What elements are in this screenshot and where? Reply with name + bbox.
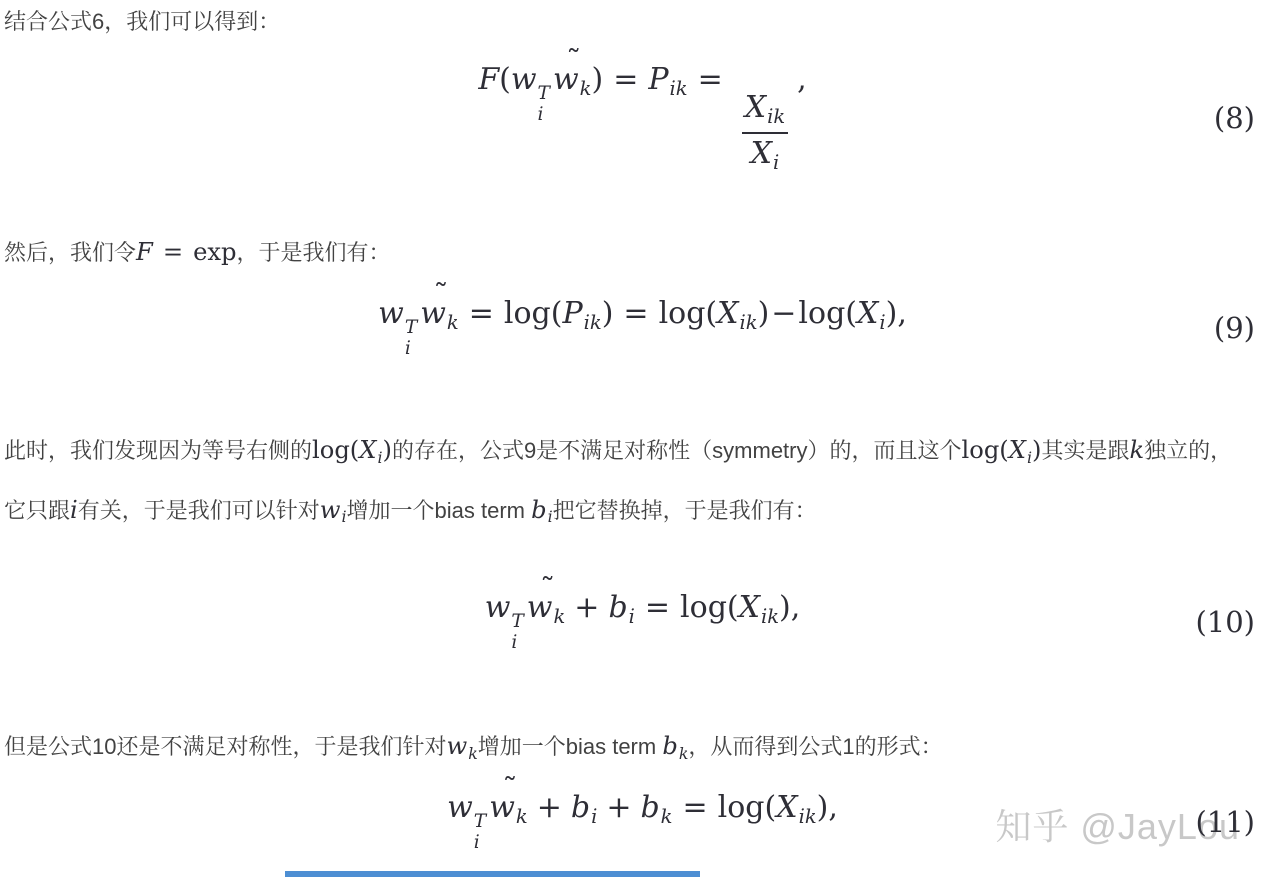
text-run: 此时，我们发现因为等号右侧的 [4, 438, 312, 463]
display-formula-9: wTiw˜k=log(Pik)=log(Xik)−log(Xi), [378, 296, 907, 360]
display-formula-8: F(wTiw˜k)=Pik=XikXi, [478, 62, 806, 174]
math-token: bi [608, 590, 634, 625]
text-run: 增加一个bias term [347, 498, 532, 523]
inline-math: bi [531, 496, 553, 524]
math-token: bi [531, 496, 553, 524]
math-token: − [771, 296, 796, 331]
math-token: w˜k [420, 296, 459, 334]
inline-math: bk [662, 732, 688, 760]
display-formula-11: wTiw˜k+bi+bk=log(Xik), [447, 790, 838, 854]
equation-number-10: (10) [1195, 605, 1255, 639]
equation-block-10: wTiw˜k+bi=log(Xik), (10) [0, 590, 1285, 654]
math-token: w˜k [489, 790, 528, 828]
equation-block-11: wTiw˜k+bi+bk=log(Xik), (11) [0, 790, 1285, 854]
math-token: bk [662, 732, 688, 760]
math-token: F [478, 62, 499, 97]
text-run: 结合公式6，我们可以得到： [4, 9, 280, 34]
subscript: k [553, 605, 565, 628]
math-token: ( [499, 62, 511, 97]
math-token: = [645, 590, 670, 625]
subscript: ik [670, 77, 688, 100]
sup-sub-stack: Ti [511, 612, 523, 654]
paragraph-2: 然后，我们令F=exp，于是我们有： [4, 228, 1264, 277]
text-run: 有关，于是我们可以针对 [78, 498, 320, 523]
math-token: log( [312, 436, 359, 464]
text-run: ，从而得到公式1的形式： [688, 734, 942, 759]
subscript: k [679, 744, 689, 763]
math-token: + [574, 590, 599, 625]
equation-block-8: F(wTiw˜k)=Pik=XikXi, (8) [0, 66, 1285, 170]
math-token: wTi [511, 62, 553, 97]
equation-number-11: (11) [1195, 805, 1255, 839]
math-token: Pik [562, 296, 601, 331]
subscript: ik [799, 805, 817, 828]
subscript: k [580, 77, 592, 100]
inline-math: k [1129, 436, 1144, 464]
math-token: log( [504, 296, 563, 331]
paragraph-1: 结合公式6，我们可以得到： [4, 2, 1264, 42]
math-token: bi [571, 790, 597, 825]
inline-math: i [70, 496, 78, 524]
math-token: w˜k [527, 590, 566, 628]
math-fraction: XikXi [736, 91, 794, 174]
tilde-accent: ˜ [566, 47, 581, 77]
math-token: ) [591, 62, 603, 97]
math-token: = [698, 62, 723, 97]
bottom-blue-bar [285, 871, 700, 877]
math-token: log( [718, 790, 777, 825]
fraction-numerator: Xik [736, 91, 794, 131]
sup-sub-stack: Ti [405, 318, 417, 360]
math-token: exp [193, 238, 236, 266]
math-token: Xi [751, 136, 780, 171]
text-run: 其实是跟 [1041, 438, 1129, 463]
math-token: = [683, 790, 708, 825]
equation-number-8: (8) [1214, 101, 1255, 135]
math-token: log( [680, 590, 739, 625]
subscript: ik [740, 311, 758, 334]
math-token: = [623, 296, 648, 331]
math-token: k [1129, 436, 1144, 464]
math-token: ) [779, 590, 791, 625]
text-run: 把它替换掉，于是我们有： [553, 498, 817, 523]
math-token: ) [383, 436, 392, 464]
subscript: k [468, 744, 478, 763]
math-token: = [469, 296, 494, 331]
math-token: , [791, 590, 801, 625]
math-token: ) [886, 296, 898, 331]
display-formula-10: wTiw˜k+bi=log(Xik), [485, 590, 801, 654]
subscript: k [661, 805, 673, 828]
subscript: ik [761, 605, 779, 628]
math-token: i [70, 496, 78, 524]
text-run: ，于是我们有： [237, 240, 391, 265]
math-token: wTi [485, 590, 527, 625]
subscript: i [773, 151, 779, 174]
math-token: Xi [359, 436, 382, 464]
math-token: wTi [447, 790, 489, 825]
math-token: wi [320, 496, 347, 524]
tilde-accent: ˜ [434, 281, 449, 311]
inline-math: wk [446, 732, 477, 760]
math-token: Xik [717, 296, 757, 331]
math-token: Pik [648, 62, 687, 97]
equation-block-9: wTiw˜k=log(Pik)=log(Xik)−log(Xi), (9) [0, 296, 1285, 360]
text-run: 的存在，公式9是不满足对称性（symmetry）的，而且这个 [392, 438, 962, 463]
tilde-accent: ˜ [540, 575, 555, 605]
equation-number-9: (9) [1214, 311, 1255, 345]
text-run: 增加一个bias term [478, 734, 663, 759]
math-token: = [613, 62, 638, 97]
math-token: Xik [776, 790, 816, 825]
inline-math: wi [320, 496, 347, 524]
math-token: Xik [739, 590, 779, 625]
math-token: w˜k [553, 62, 592, 100]
math-token: ) [602, 296, 614, 331]
math-token: + [606, 790, 631, 825]
math-token: = [163, 238, 183, 266]
math-token: , [828, 790, 838, 825]
article-page: 结合公式6，我们可以得到： F(wTiw˜k)=Pik=XikXi, (8) 然… [0, 0, 1285, 877]
sup-sub-stack: Ti [474, 812, 486, 854]
math-token: ) [758, 296, 770, 331]
math-token: ) [817, 790, 829, 825]
math-token: wk [446, 732, 477, 760]
math-token: F [136, 238, 153, 266]
subscript: i [591, 805, 597, 828]
math-token: log( [798, 296, 857, 331]
inline-math: F=exp [136, 238, 237, 266]
math-token: log( [659, 296, 718, 331]
paragraph-3: 此时，我们发现因为等号右侧的log(Xi)的存在，公式9是不满足对称性（symm… [4, 424, 1254, 543]
math-token: Xik [745, 90, 785, 125]
math-token: Xi [857, 296, 886, 331]
subscript: ik [584, 311, 602, 334]
sup-sub-stack: Ti [538, 84, 550, 126]
subscript: k [447, 311, 459, 334]
math-token: Xi [1009, 436, 1032, 464]
math-token: + [537, 790, 562, 825]
fraction-denominator: Xi [742, 132, 789, 174]
inline-math: log(Xi) [962, 436, 1042, 464]
tilde-accent: ˜ [502, 775, 517, 805]
math-token: bk [640, 790, 672, 825]
paragraph-4: 但是公式10还是不满足对称性，于是我们针对wk增加一个bias term bk，… [4, 720, 1264, 780]
inline-math: log(Xi) [312, 436, 392, 464]
text-run: 但是公式10还是不满足对称性，于是我们针对 [4, 734, 446, 759]
text-run: 然后，我们令 [4, 240, 136, 265]
math-token: wTi [378, 296, 420, 331]
subscript: i [629, 605, 635, 628]
subscript: ik [767, 105, 785, 128]
math-token: , [797, 62, 807, 97]
math-token: , [897, 296, 907, 331]
subscript: k [516, 805, 528, 828]
math-token: log( [962, 436, 1009, 464]
